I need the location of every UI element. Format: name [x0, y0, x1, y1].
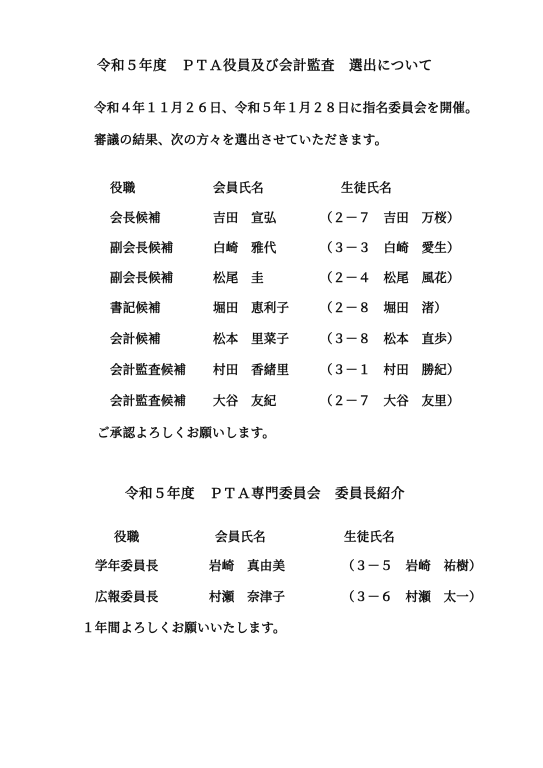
student-name-cell: （２－７ 大谷 友里） [320, 391, 460, 409]
role-cell: 書記候補 [110, 298, 161, 316]
member-name-cell: 大谷 友紀 [213, 391, 277, 409]
member-name-cell: 白崎 雅代 [213, 238, 277, 256]
student-name-cell: （３－６ 村瀬 太一） [342, 587, 482, 605]
section1-closing: ご承認よろしくお願いします。 [97, 423, 275, 441]
member-name-cell: 村瀬 奈津子 [209, 587, 285, 605]
student-name-cell: （３－３ 白崎 愛生） [320, 238, 460, 256]
header-student-name: 生徒氏名 [341, 178, 392, 196]
section1-title: 令和５年度 ＰＴＡ役員及び会計監査 選出について [97, 54, 433, 74]
student-name-cell: （２－８ 堀田 渚） [320, 298, 447, 316]
member-name-cell: 岩崎 真由美 [209, 556, 285, 574]
role-cell: 副会長候補 [110, 268, 174, 286]
role-cell: 会計監査候補 [110, 391, 186, 409]
header-student-name: 生徒氏名 [344, 527, 395, 545]
student-name-cell: （２－７ 吉田 万桜） [320, 208, 460, 226]
role-cell: 学年委員長 [95, 556, 159, 574]
header-member-name: 会員氏名 [215, 527, 266, 545]
header-role: 役職 [114, 527, 139, 545]
member-name-cell: 松尾 圭 [213, 268, 264, 286]
member-name-cell: 松本 里菜子 [213, 329, 289, 347]
section2-closing: １年間よろしくお願いいたします。 [82, 618, 286, 636]
student-name-cell: （３－１ 村田 勝紀） [320, 360, 460, 378]
section2-title: 令和５年度 ＰＴＡ専門委員会 委員長紹介 [125, 482, 405, 502]
member-name-cell: 村田 香緒里 [213, 360, 289, 378]
role-cell: 会長候補 [110, 208, 161, 226]
header-member-name: 会員氏名 [213, 178, 264, 196]
role-cell: 広報委員長 [95, 587, 159, 605]
role-cell: 副会長候補 [110, 238, 174, 256]
student-name-cell: （３－５ 岩崎 祐樹） [342, 556, 482, 574]
header-role: 役職 [110, 178, 135, 196]
section1-intro-line1: 令和４年１１月２６日、令和５年１月２８日に指名委員会を開催。 [94, 98, 478, 116]
section1-intro-line2: 審議の結果、次の方々を選出させていただきます。 [94, 130, 387, 148]
member-name-cell: 吉田 宣弘 [213, 208, 277, 226]
member-name-cell: 堀田 恵利子 [213, 298, 289, 316]
student-name-cell: （３－８ 松本 直歩） [320, 329, 460, 347]
student-name-cell: （２－４ 松尾 風花） [320, 268, 460, 286]
role-cell: 会計監査候補 [110, 360, 186, 378]
role-cell: 会計候補 [110, 329, 161, 347]
